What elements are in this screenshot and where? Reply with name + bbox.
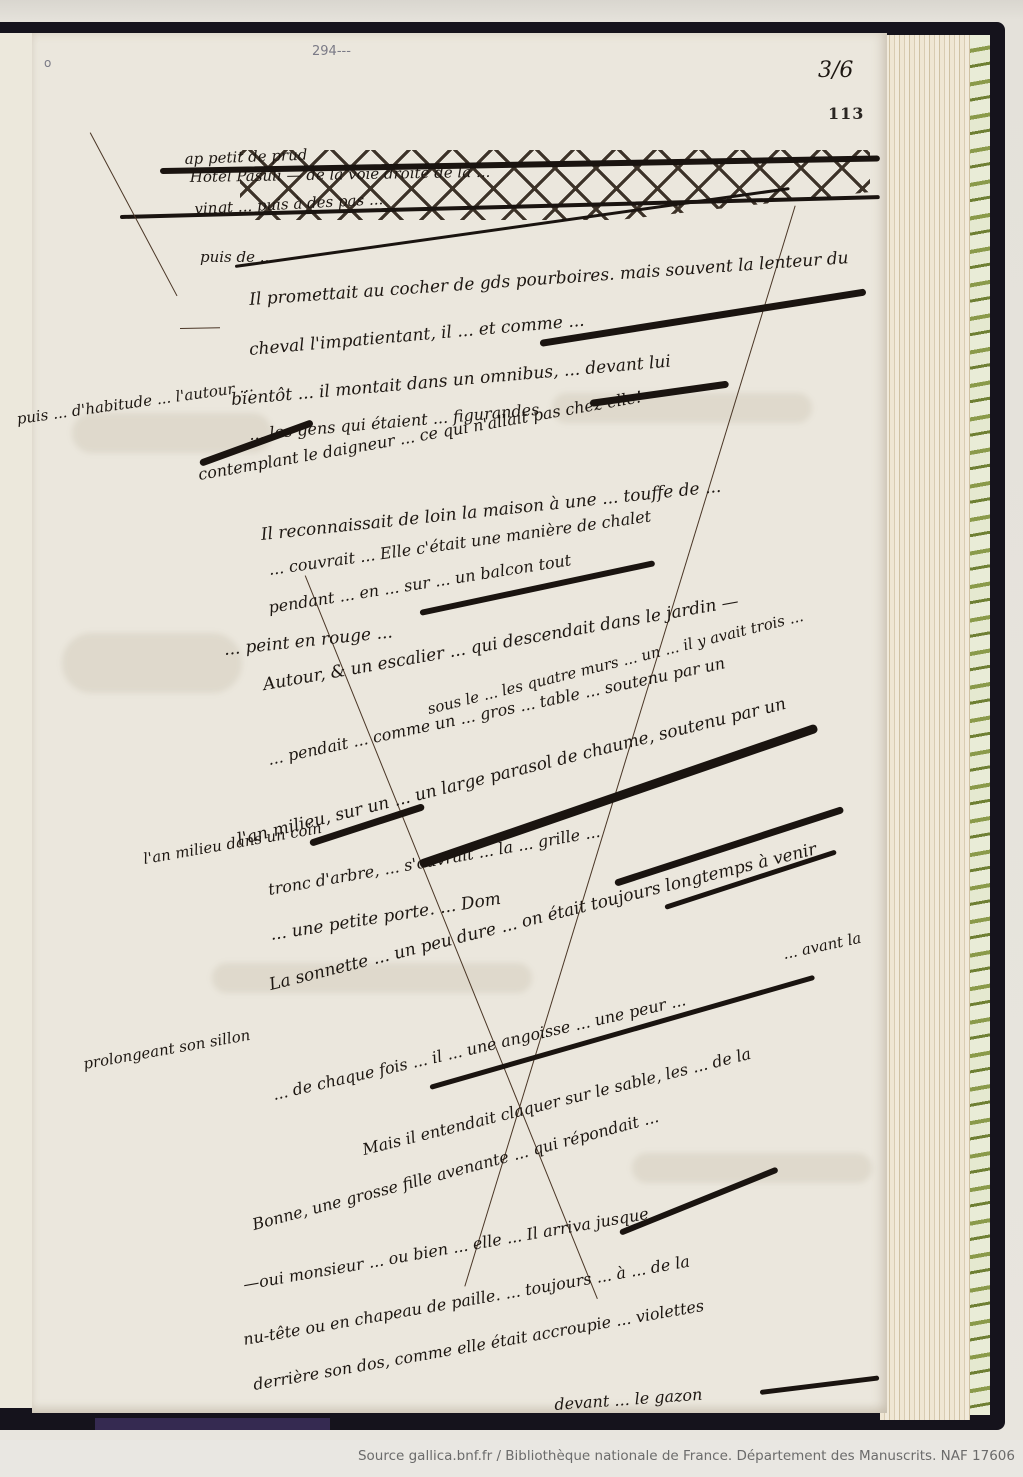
corner-mark: o [44, 56, 51, 70]
page-edges [880, 35, 970, 1420]
handwritten-folio-number: 3/6 [818, 58, 853, 83]
source-footer: Source gallica.bnf.fr / Bibliothèque nat… [0, 1440, 1023, 1477]
pencil-folio-number: 294--- [312, 44, 351, 59]
printed-folio-number: 113 [828, 104, 864, 123]
cover-edge [95, 1418, 330, 1430]
source-attribution: Source gallica.bnf.fr / Bibliothèque nat… [358, 1448, 1015, 1464]
marbled-endpaper [968, 35, 990, 1415]
facing-page-strip [0, 33, 32, 1408]
